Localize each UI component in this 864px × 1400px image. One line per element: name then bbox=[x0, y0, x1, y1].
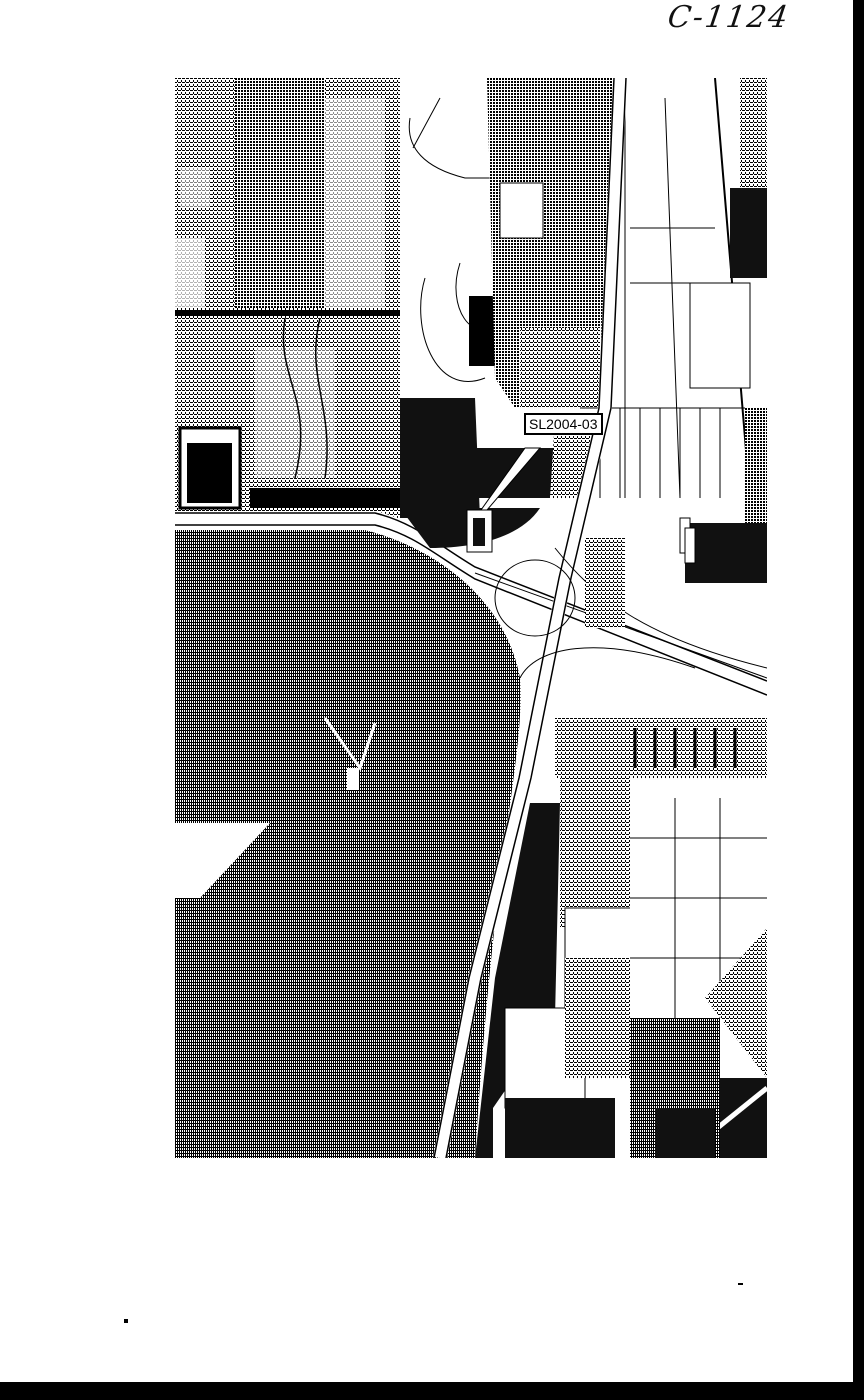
scanned-page: C-1124 bbox=[0, 0, 853, 1382]
parcel-map: SL2004-03 bbox=[175, 78, 767, 1158]
handwritten-annotation: C-1124 bbox=[666, 0, 792, 35]
scan-speck bbox=[124, 1319, 128, 1323]
map-graphic bbox=[175, 78, 767, 1158]
site-callout-label: SL2004-03 bbox=[524, 413, 603, 435]
scan-speck bbox=[738, 1283, 743, 1285]
